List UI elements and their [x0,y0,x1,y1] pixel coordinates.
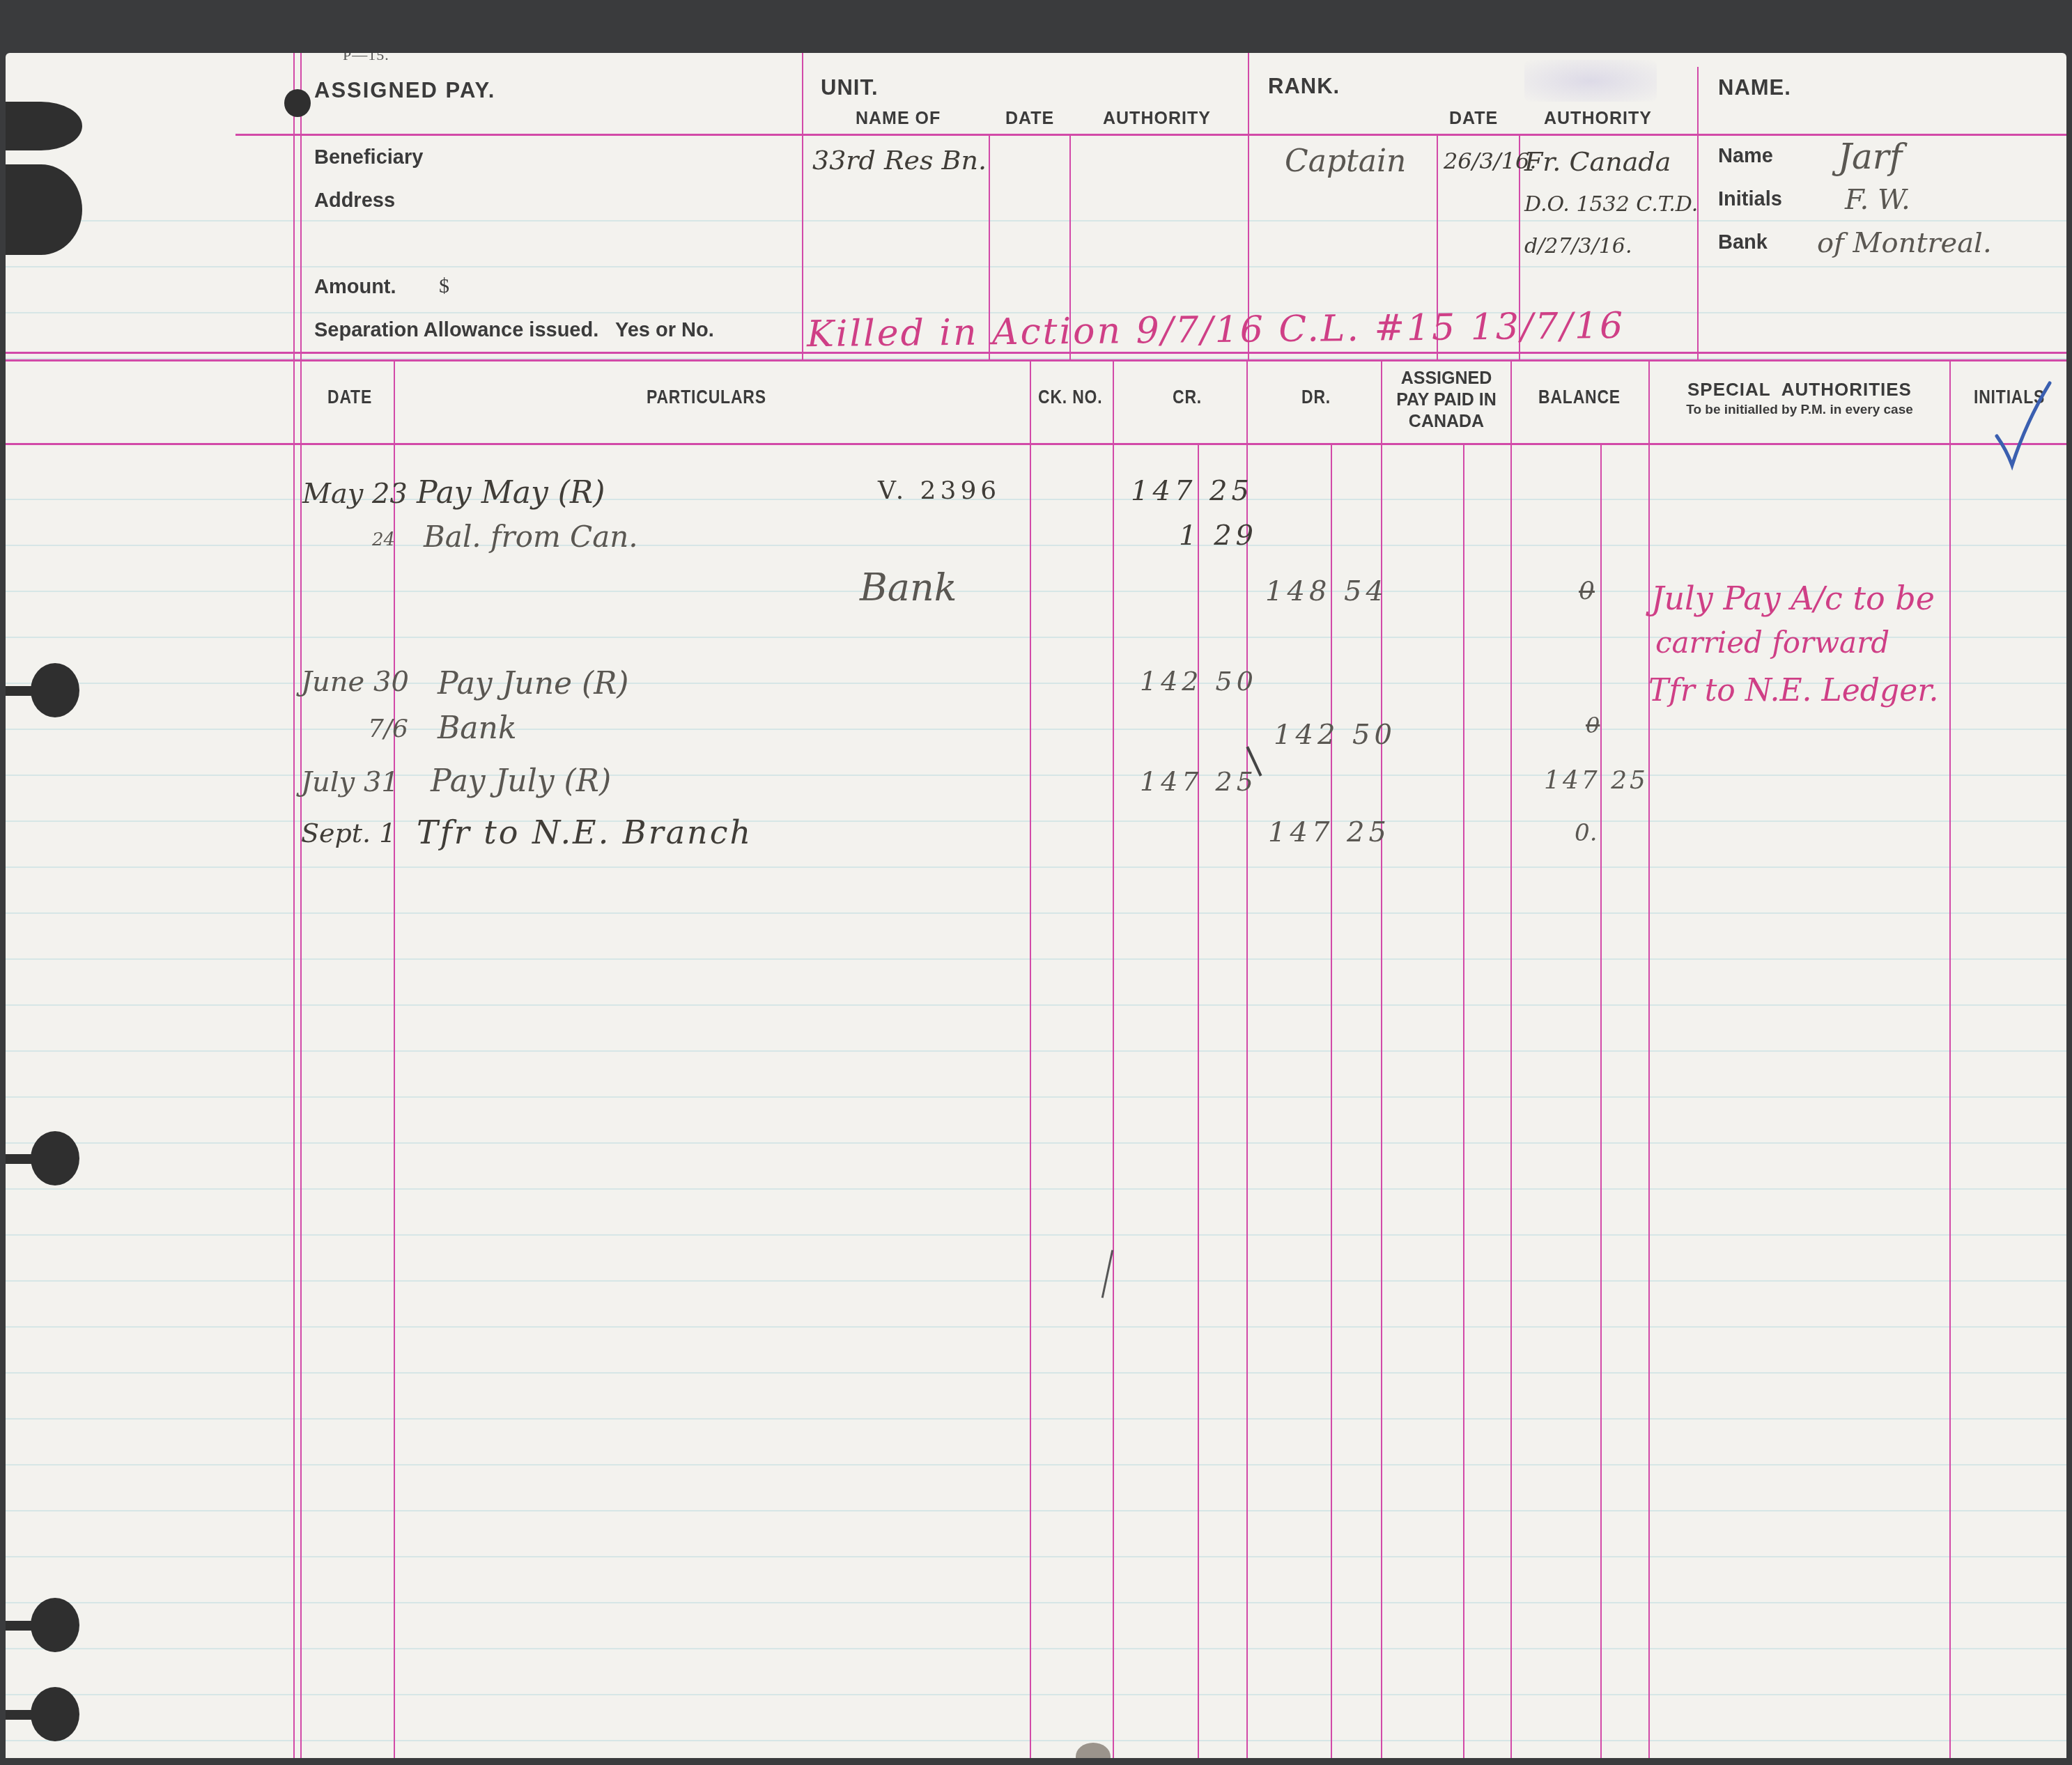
row-date: July 31 [301,766,399,798]
name-heading: NAME. [1718,75,1791,100]
dr-cents-line [1331,444,1332,1758]
row-particulars: Tfr to N.E. Branch [417,814,752,851]
row-particulars: Pay June (R) [438,666,629,701]
row-date: May 23 [302,478,408,510]
rank-value: Captain [1285,143,1406,179]
header-divider [235,134,2066,136]
balance-col-line [1510,361,1512,1758]
row-dr: 142 50 [1274,719,1396,751]
pencil-mark [1101,1250,1113,1298]
row-dr: 148 54 [1265,575,1388,607]
row-date: 24 [372,529,395,550]
row-particulars: Bank [438,710,517,746]
address-label: Address [314,189,395,212]
initials-label: Initials [1718,188,1782,211]
rank-date-header: DATE [1449,109,1498,129]
amount-dollar-sign: $ [439,274,450,298]
col-header-cr: CR. [1173,386,1202,408]
initials-value: F. W. [1845,184,1910,216]
cr-cents-line [1198,444,1199,1758]
beneficiary-label: Beneficiary [314,146,423,169]
left-margin-line-2 [300,53,302,1758]
balance-cents-line [1600,444,1602,1758]
special-authority-note-2: carried forward [1655,625,1889,660]
row-cr: 142 50 [1140,666,1258,697]
row-particulars: Bal. from Can. [424,520,638,554]
col-header-date: DATE [327,386,372,408]
rank-authority-line-2: D.O. 1532 C.T.D. [1524,192,1698,217]
row-date: 7/6 [368,715,408,743]
row-balance: 147 25 [1544,766,1648,795]
unit-name-value: 33rd Res Bn. [812,145,987,176]
surname-value: Jarf [1838,137,1902,177]
row-balance: 0. [1575,819,1597,847]
unit-heading: UNIT. [821,75,879,100]
double-rule-bottom [6,359,2066,361]
form-code: P—15. [343,53,389,64]
checkmark-icon [1991,380,2054,471]
particulars-col-line [394,361,395,1758]
row-balance: 0 [1586,712,1600,738]
assigned-cents-line [1463,444,1464,1758]
col-header-balance: BALANCE [1538,386,1621,408]
row-cr: 147 25 [1140,766,1258,797]
special-authority-note-1: July Pay A/c to be [1651,580,1935,617]
bank-label: Bank [1718,231,1768,254]
column-header-bottom [6,443,2066,445]
rank-authority-header: AUTHORITY [1544,109,1652,129]
col-header-dr: DR. [1301,386,1331,408]
dr-col-line [1246,361,1248,1758]
unit-authority-header: AUTHORITY [1103,109,1211,129]
rank-date-value: 26/3/16. [1444,148,1537,174]
assigned-col-line [1381,361,1382,1758]
col-header-ck-no: CK. NO. [1038,386,1102,408]
ledger-card: P—15. ASSIGNED PAY. Beneficiary Address … [6,53,2066,1758]
special-col-line [1648,361,1650,1758]
bank-value: of Montreal. [1817,227,1992,259]
amount-label: Amount. [314,276,396,299]
name-label: Name [1718,145,1773,168]
ink-dot [284,89,311,117]
killed-in-action-note: Killed in Action 9/7/16 C.L. #15 13/7/16 [807,305,1625,355]
col-header-special-authorities: SPECIAL AUTHORITIES To be initialled by … [1650,378,1949,419]
col-header-assigned: ASSIGNED PAY PAID IN CANADA [1382,368,1510,433]
row-date: June 30 [301,666,409,698]
rank-authority-line-3: d/27/3/16. [1524,234,1632,258]
rank-heading: RANK. [1268,74,1340,99]
unit-name-of-header: NAME OF [856,109,941,129]
row-ref: V. 2396 [878,476,1000,505]
rank-authority-line-1: Fr. Canada [1524,146,1671,177]
special-authority-note-3: Tfr to N.E. Ledger. [1648,673,1938,708]
paper-stain [1076,1743,1111,1758]
ckno-col-line [1030,361,1031,1758]
row-date: Sept. 1 [301,818,396,848]
row-cr: 1 29 [1179,520,1258,552]
unit-date-header: DATE [1005,109,1054,129]
initials-col-line [1949,361,1951,1758]
row-cr: 147 25 [1131,475,1253,507]
col-header-particulars: PARTICULARS [647,386,766,408]
row-dr: 147 25 [1268,816,1391,848]
unit-column-line [802,53,803,361]
row-particulars: Pay May (R) [417,475,605,511]
form-title: ASSIGNED PAY. [314,78,495,103]
row-ref: Bank [860,566,957,609]
row-balance: 0 [1579,577,1595,605]
faded-stamp [1524,60,1657,102]
cr-col-line [1113,361,1114,1758]
separation-allowance-label: Separation Allowance issued. Yes or No. [314,319,714,342]
row-particulars: Pay July (R) [431,763,611,799]
left-margin-line [293,53,295,1758]
